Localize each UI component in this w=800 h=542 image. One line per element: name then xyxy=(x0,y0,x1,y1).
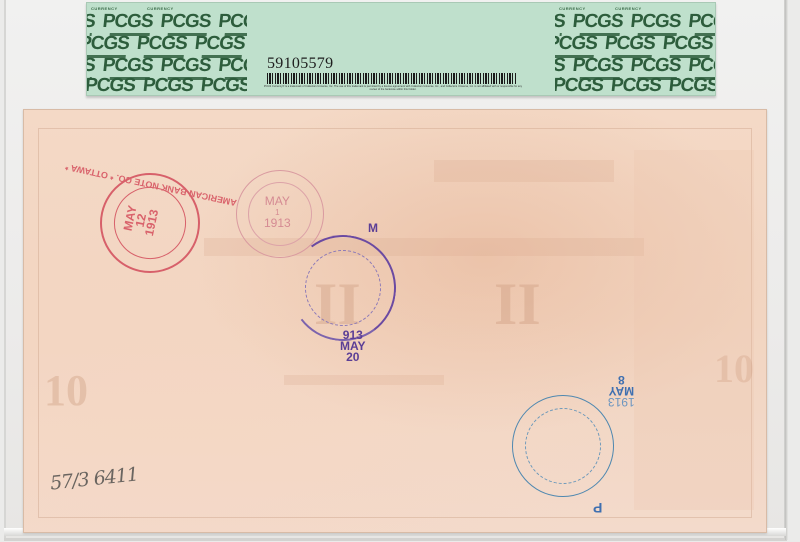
showthrough-numeral: II xyxy=(494,270,541,339)
showthrough-right-panel xyxy=(634,150,754,510)
pcgs-logo-pattern-left: CURRENCY CURRENCY SPCGSPCGSPCGSPCGS PCGS… xyxy=(87,3,247,95)
pcgs-logo-row: SPCGSPCGSPCGSPCGS xyxy=(555,11,715,33)
label-fineprint: PCGS Currency® is a trademark of Collect… xyxy=(263,85,523,92)
holder-right-edge xyxy=(785,0,788,540)
purple-stamp-date: 913 MAY 20 xyxy=(340,330,366,363)
certification-number: 59105579 xyxy=(267,55,333,73)
pcgs-logo-row: PCGSPCGSPCGSPCGS xyxy=(555,75,715,95)
pcgs-logo-pattern-right: CURRENCY CURRENCY SPCGSPCGSPCGSPCGS PCGS… xyxy=(555,3,715,95)
pcgs-logo-row: SPCGSPCGSPCGSPCGS xyxy=(555,55,715,77)
red-stamp-2-date: MAY 1 1913 xyxy=(264,196,291,229)
pcgs-label: CURRENCY CURRENCY SPCGSPCGSPCGSPCGS PCGS… xyxy=(86,2,716,96)
holder-left-edge xyxy=(4,0,6,538)
pcgs-logo-row: PCGSPCGSPCGSPCGS xyxy=(555,33,715,55)
purple-stamp-mark: M xyxy=(368,221,378,235)
pcgs-logo-row: PCGSPCGSPCGSPCGS xyxy=(87,75,247,95)
pcgs-logo-row: SPCGSPCGSPCGSPCGS xyxy=(87,11,247,33)
showthrough-text-band xyxy=(284,375,444,385)
blue-stamp-mark: P xyxy=(593,500,602,516)
blue-stamp-date: 1913 MAY 8 xyxy=(608,374,635,407)
showthrough-numeral: 10 xyxy=(44,365,88,416)
showthrough-panel xyxy=(434,160,614,182)
barcode xyxy=(267,73,517,84)
pcgs-logo-row: PCGSPCGSPCGSPCGS xyxy=(87,33,247,55)
pcgs-logo-row: SPCGSPCGSPCGSPCGS xyxy=(87,55,247,77)
